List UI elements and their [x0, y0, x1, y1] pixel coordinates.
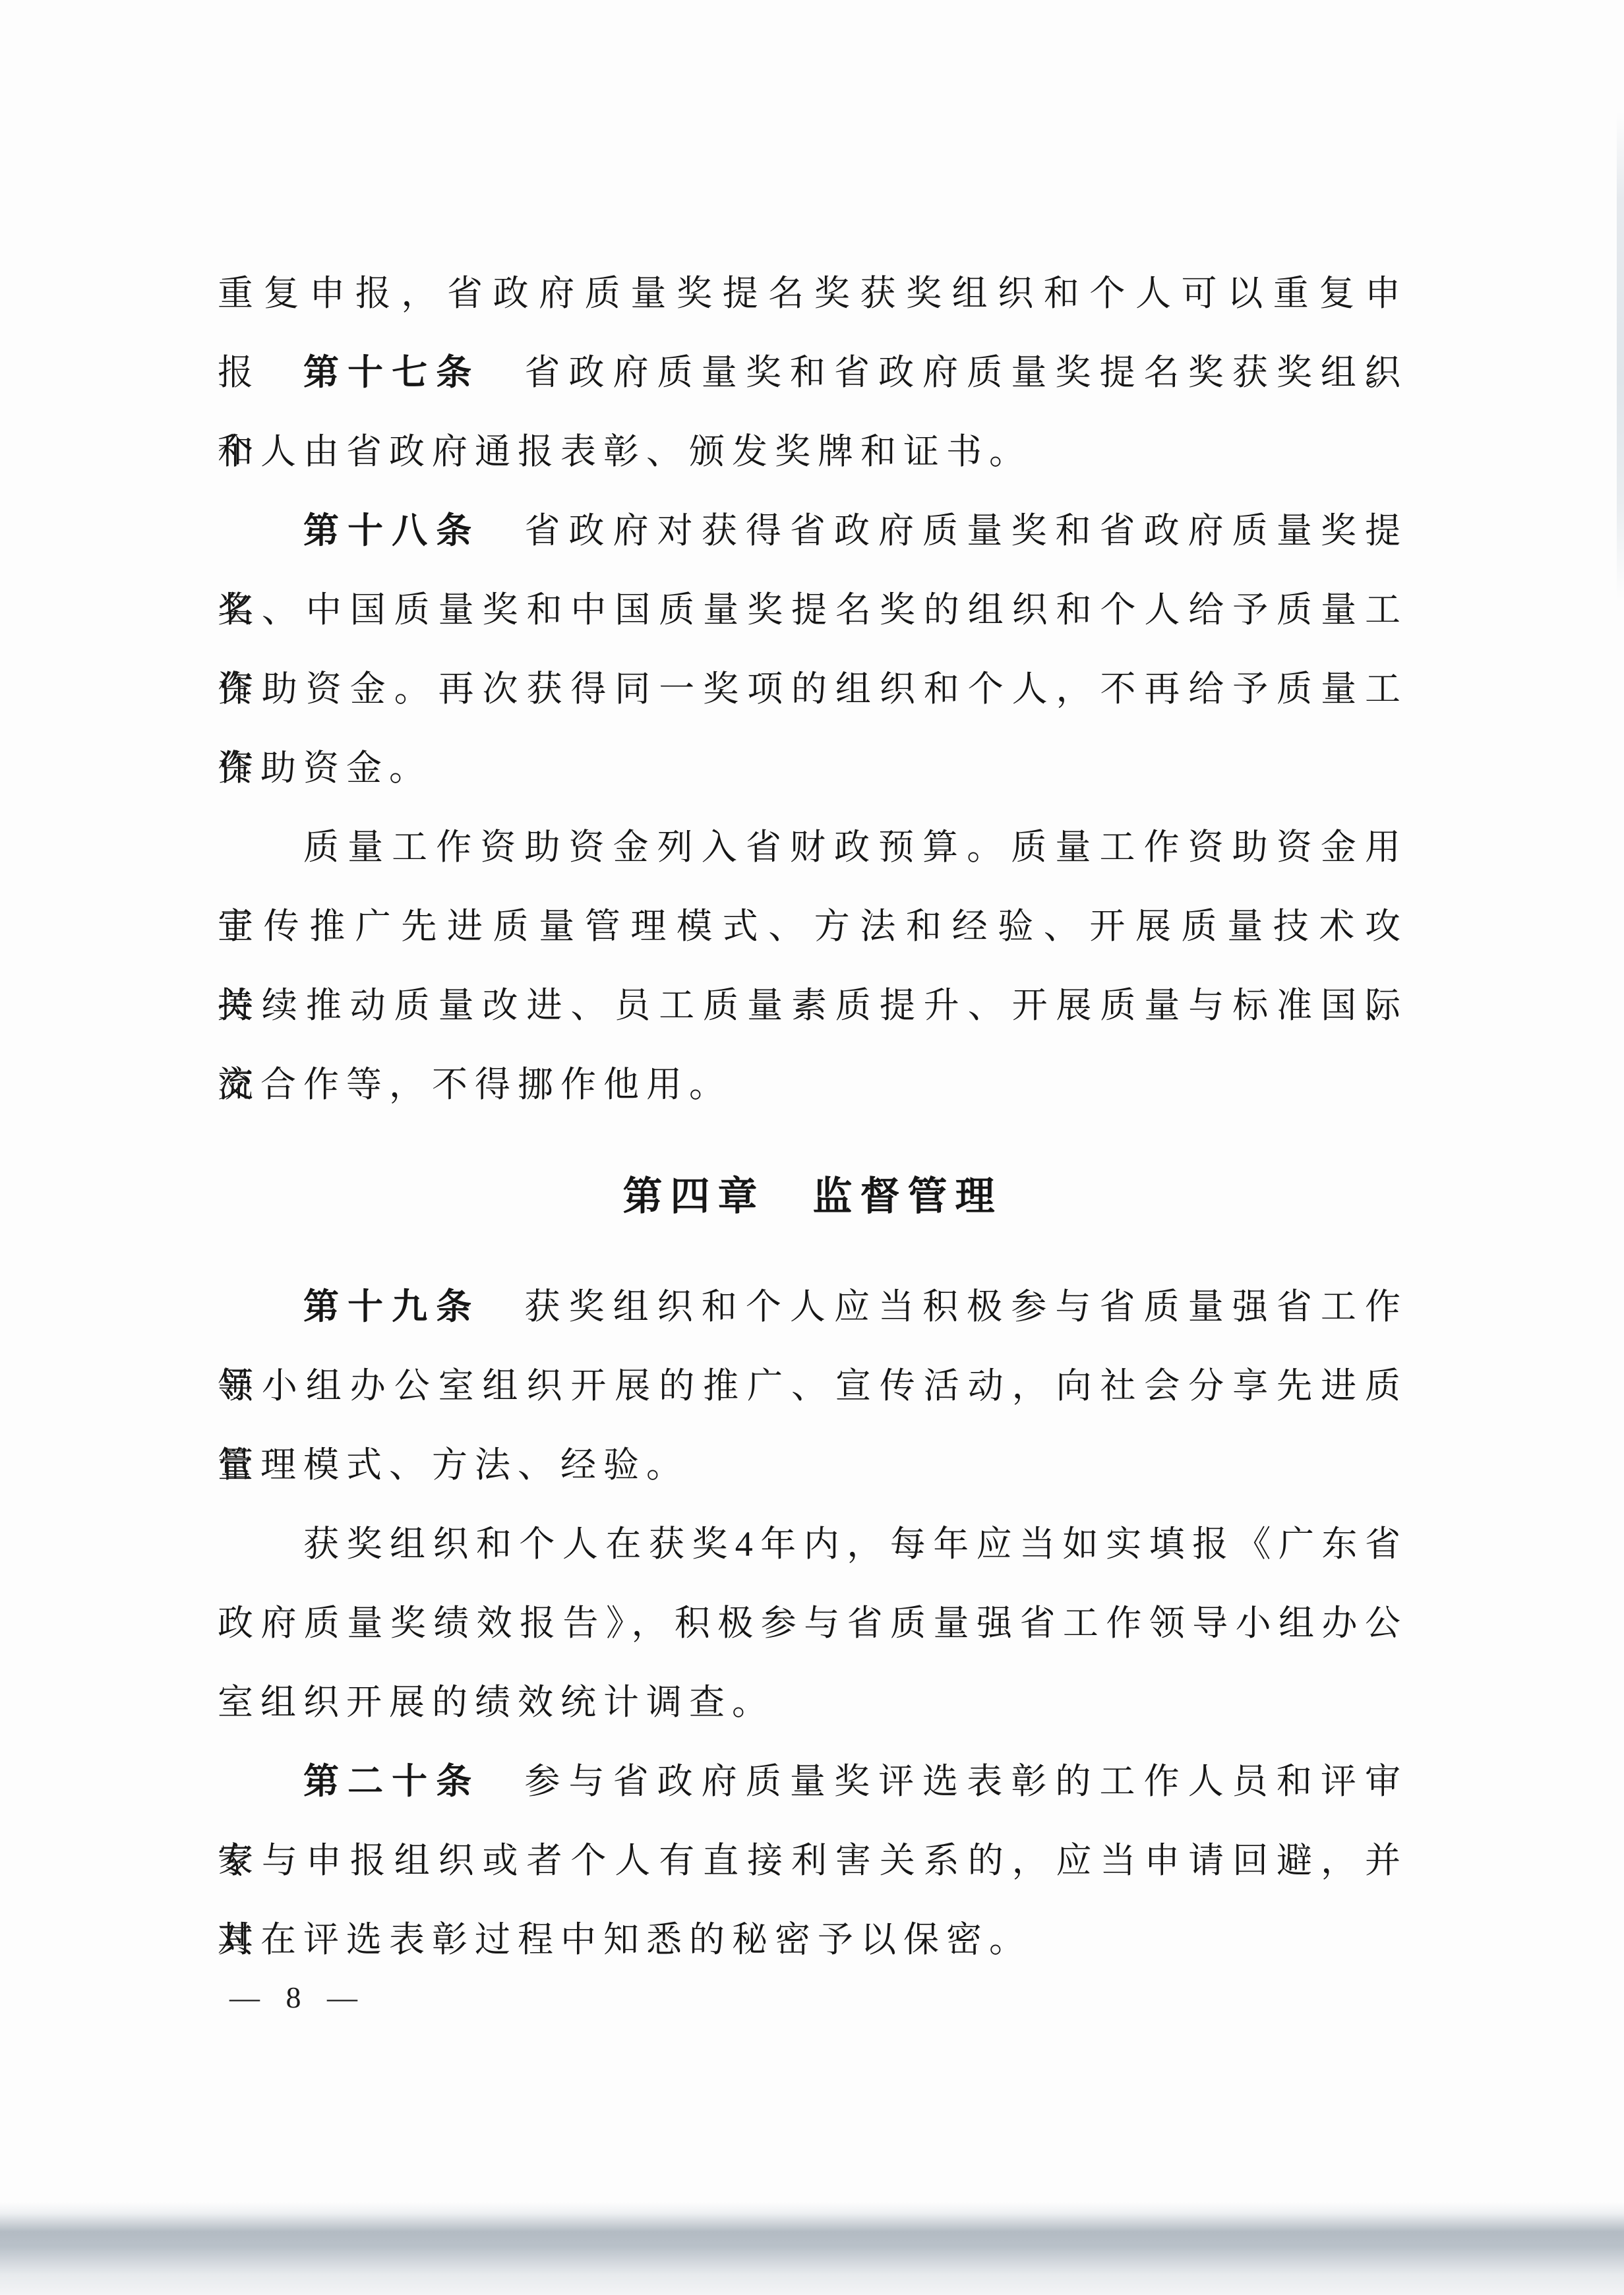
line-text: 其在评选表彰过程中知悉的秘密予以保密。	[218, 1920, 1032, 1959]
text-line: 宣传推广先进质量管理模式、方法和经验、开展质量技术攻关、	[218, 887, 1408, 966]
text-line: 重复申报，省政府质量奖提名奖获奖组织和个人可以重复申报。	[218, 254, 1408, 333]
text-line: 资助资金。	[218, 729, 1408, 808]
text-line: 第十八条 省政府对获得省政府质量奖和省政府质量奖提名	[218, 491, 1408, 570]
text-line: 持续推动质量改进、员工质量素质提升、开展质量与标准国际交	[218, 966, 1408, 1045]
text-line: 家与申报组织或者个人有直接利害关系的，应当申请回避，并对	[218, 1821, 1408, 1900]
line-text: 管理模式、方法、经验。	[218, 1445, 689, 1485]
text-line: 第二十条 参与省政府质量奖评选表彰的工作人员和评审专	[218, 1742, 1408, 1821]
line-text: 政府质量奖绩效报告》，积极参与省质量强省工作领导小组办公	[218, 1603, 1408, 1643]
article-number: 第十七条	[303, 353, 480, 392]
line-text: 个人由省政府通报表彰、颁发奖牌和证书。	[218, 432, 1032, 471]
article-number: 第十八条	[303, 511, 480, 551]
line-text: 室组织开展的绩效统计调查。	[218, 1683, 775, 1722]
text-line: 导小组办公室组织开展的推广、宣传活动，向社会分享先进质量	[218, 1346, 1408, 1425]
text-line: 个人由省政府通报表彰、颁发奖牌和证书。	[218, 412, 1408, 491]
text-line: 获奖组织和个人在获奖4年内，每年应当如实填报《广东省	[218, 1505, 1408, 1584]
text-line: 政府质量奖绩效报告》，积极参与省质量强省工作领导小组办公	[218, 1584, 1408, 1663]
text-block: 重复申报，省政府质量奖提名奖获奖组织和个人可以重复申报。 第十七条 省政府质量奖…	[218, 254, 1408, 1979]
text-line: 管理模式、方法、经验。	[218, 1425, 1408, 1505]
article-number: 第二十条	[303, 1762, 480, 1801]
text-line: 室组织开展的绩效统计调查。	[218, 1663, 1408, 1742]
page-number: — 8 —	[229, 1968, 367, 2027]
right-scan-shadow	[1617, 112, 1624, 600]
document-page-scan: 重复申报，省政府质量奖提名奖获奖组织和个人可以重复申报。 第十七条 省政府质量奖…	[0, 0, 1624, 2295]
chapter-heading: 第四章 监督管理	[218, 1154, 1408, 1239]
line-text: 资助资金。	[218, 748, 432, 788]
line-text: 获奖组织和个人在获奖4年内，每年应当如实填报《广东省	[303, 1524, 1408, 1564]
line-text: 流合作等，不得挪作他用。	[218, 1065, 732, 1104]
article-number: 第十九条	[303, 1287, 480, 1326]
bottom-scan-shadow	[0, 2202, 1624, 2295]
text-line: 其在评选表彰过程中知悉的秘密予以保密。	[218, 1900, 1408, 1979]
text-line: 资助资金。再次获得同一奖项的组织和个人，不再给予质量工作	[218, 649, 1408, 729]
text-line: 流合作等，不得挪作他用。	[218, 1045, 1408, 1124]
text-line: 奖、中国质量奖和中国质量奖提名奖的组织和个人给予质量工作	[218, 570, 1408, 649]
text-line: 质量工作资助资金列入省财政预算。质量工作资助资金用于	[218, 808, 1408, 887]
text-line: 第十七条 省政府质量奖和省政府质量奖提名奖获奖组织和	[218, 333, 1408, 412]
text-line: 第十九条 获奖组织和个人应当积极参与省质量强省工作领	[218, 1267, 1408, 1346]
